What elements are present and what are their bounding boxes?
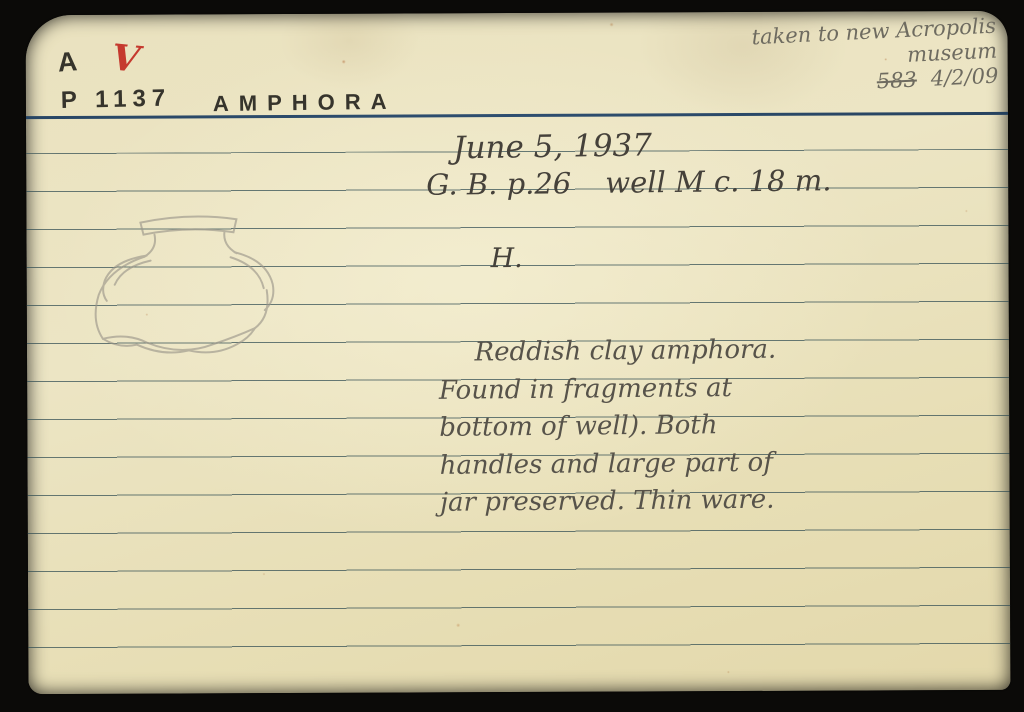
scan-background: A V P 1137 AMPHORA taken to new Acropoli… [0, 0, 1024, 712]
struck-number: 583 [877, 67, 918, 93]
description-line-1: Reddish clay amphora. [438, 329, 1016, 372]
description-line-5: jar preserved. Thin ware. [440, 479, 1018, 522]
description-line-3: bottom of well). Both [439, 404, 1017, 447]
description-line-2: Found in fragments at [439, 367, 1017, 410]
header-rule-line [26, 112, 1008, 119]
notebook-ref: G. B. p.26 [426, 166, 571, 202]
description-line-4: handles and large part of [440, 442, 1018, 485]
red-check-mark: V [110, 39, 141, 78]
height-label: H. [491, 243, 523, 274]
pencil-annotation: taken to new Acropolis museum 5834/2/09 [751, 14, 999, 101]
amphora-sketch [84, 198, 295, 363]
findspot: well M c. 18 m. [605, 163, 832, 200]
series-letter: A [57, 46, 79, 78]
record-date: June 5, 1937 [453, 127, 652, 166]
index-card: A V P 1137 AMPHORA taken to new Acropoli… [26, 11, 1011, 694]
description-paragraph: Reddish clay amphora. Found in fragments… [438, 329, 1018, 522]
notebook-reference-line: G. B. p.26well M c. 18 m. [426, 163, 832, 202]
object-name: AMPHORA [213, 89, 397, 117]
inventory-number: P 1137 [61, 85, 172, 115]
annotation-date: 4/2/09 [931, 64, 1000, 91]
